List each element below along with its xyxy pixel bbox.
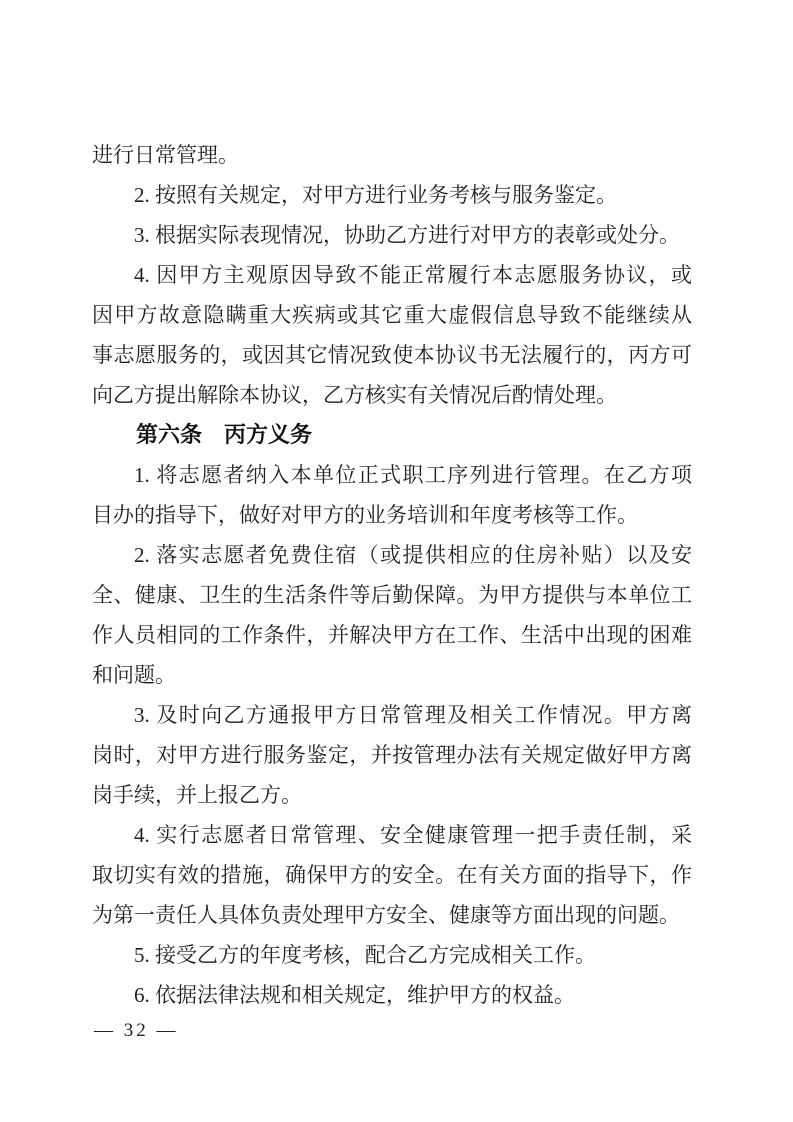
- list-item-3-line: 3. 根据实际表现情况，协助乙方进行对甲方的表彰或处分。: [92, 215, 692, 255]
- paragraph-continuation-line: 进行日常管理。: [92, 135, 692, 175]
- page-number: — 32 —: [94, 1020, 179, 1042]
- article6-item-4-line-1: 4. 实行志愿者日常管理、安全健康管理一把手责任制，采: [92, 815, 692, 855]
- article6-item-2-line-2: 全、健康、卫生的生活条件等后勤保障。为甲方提供与本单位工: [92, 575, 692, 615]
- article6-item-4-line-3: 为第一责任人具体负责处理甲方安全、健康等方面出现的问题。: [92, 895, 692, 935]
- article6-item-2-line-3: 作人员相同的工作条件，并解决甲方在工作、生活中出现的困难: [92, 615, 692, 655]
- list-item-4-line-1: 4. 因甲方主观原因导致不能正常履行本志愿服务协议，或: [92, 255, 692, 295]
- list-item-2-line: 2. 按照有关规定，对甲方进行业务考核与服务鉴定。: [92, 175, 692, 215]
- list-item-4-line-3: 事志愿服务的，或因其它情况致使本协议书无法履行的，丙方可: [92, 335, 692, 375]
- article6-item-5-line: 5. 接受乙方的年度考核，配合乙方完成相关工作。: [92, 935, 692, 975]
- article6-item-6-line: 6. 依据法律法规和相关规定，维护甲方的权益。: [92, 975, 692, 1015]
- article6-item-4-line-2: 取切实有效的措施，确保甲方的安全。在有关方面的指导下，作: [92, 855, 692, 895]
- article6-item-2-line-4: 和问题。: [92, 655, 692, 695]
- list-item-4-line-4: 向乙方提出解除本协议，乙方核实有关情况后酌情处理。: [92, 375, 692, 415]
- document-page: 进行日常管理。 2. 按照有关规定，对甲方进行业务考核与服务鉴定。 3. 根据实…: [0, 0, 793, 1122]
- list-item-4-line-2: 因甲方故意隐瞒重大疾病或其它重大虚假信息导致不能继续从: [92, 295, 692, 335]
- section-heading-article-6: 第六条 丙方义务: [92, 415, 692, 455]
- document-body: 进行日常管理。 2. 按照有关规定，对甲方进行业务考核与服务鉴定。 3. 根据实…: [92, 135, 692, 1015]
- article6-item-2-line-1: 2. 落实志愿者免费住宿（或提供相应的住房补贴）以及安: [92, 535, 692, 575]
- article6-item-3-line-1: 3. 及时向乙方通报甲方日常管理及相关工作情况。甲方离: [92, 695, 692, 735]
- article6-item-1-line-1: 1. 将志愿者纳入本单位正式职工序列进行管理。在乙方项: [92, 455, 692, 495]
- article6-item-1-line-2: 目办的指导下，做好对甲方的业务培训和年度考核等工作。: [92, 495, 692, 535]
- article6-item-3-line-3: 岗手续，并上报乙方。: [92, 775, 692, 815]
- article6-item-3-line-2: 岗时，对甲方进行服务鉴定，并按管理办法有关规定做好甲方离: [92, 735, 692, 775]
